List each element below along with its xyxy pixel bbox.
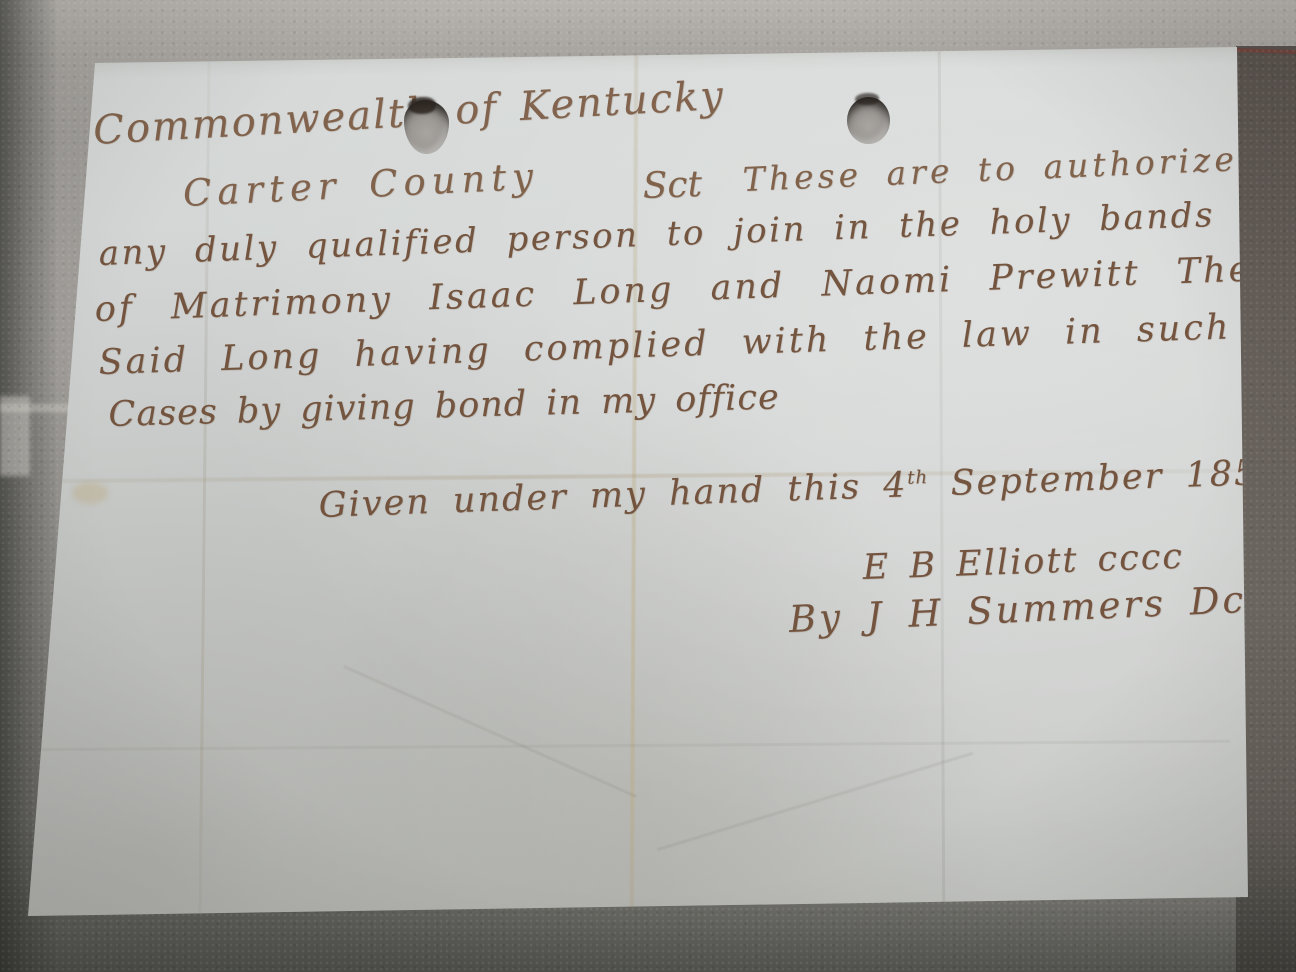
fold-crease-diagonal-right — [657, 752, 973, 851]
handwriting-authorize-line: These are to authorize — [742, 139, 1239, 199]
handwriting-deputy-signature: By J H Summers Dc — [788, 578, 1247, 641]
paper-stain — [72, 482, 108, 504]
given-line-text: Given under my hand this 4 — [318, 465, 908, 526]
punch-hole-right — [847, 97, 890, 144]
handwriting-clerk-signature: E B Elliott cccc — [862, 537, 1185, 588]
punch-hole-right-shadow — [855, 93, 879, 105]
punch-hole-left-shadow — [408, 97, 436, 114]
photo-of-document: Commonwealth of Kentucky Carter County S… — [0, 0, 1296, 972]
fold-crease-horizontal-lower — [30, 740, 1230, 751]
handwriting-bond-line: Cases by giving bond in my office — [108, 377, 780, 435]
handwriting-sct-abbreviation: Sct — [642, 164, 703, 207]
given-line-ordinal: th — [907, 467, 929, 489]
fold-crease-diagonal-left — [343, 665, 637, 798]
handwriting-given-line: Given under my hand this 4th September 1… — [318, 452, 1283, 526]
handwriting-county: Carter County — [182, 155, 540, 215]
document-paper: Commonwealth of Kentucky Carter County S… — [0, 0, 1296, 972]
given-line-date: September 1852 — [928, 452, 1283, 504]
